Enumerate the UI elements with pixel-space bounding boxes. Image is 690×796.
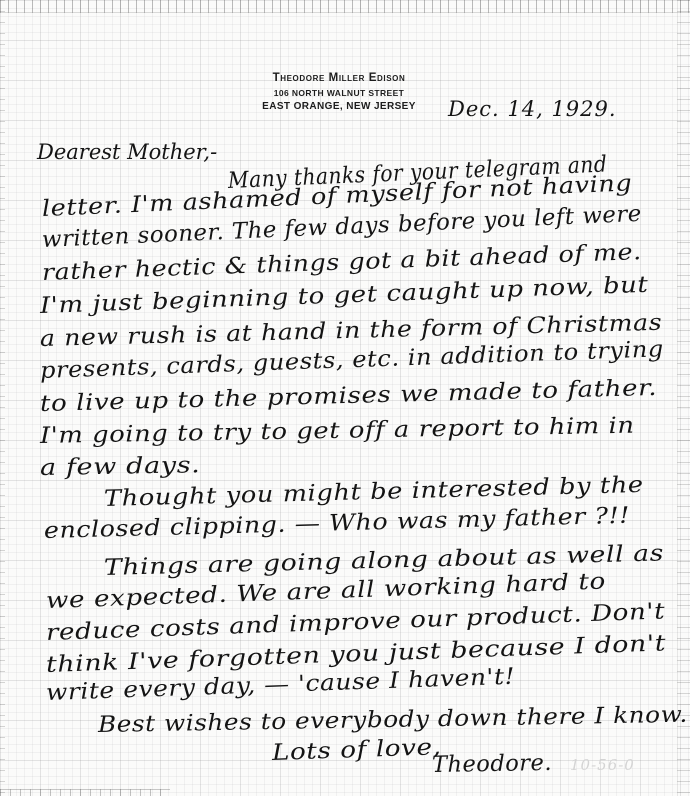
salutation: Dearest Mother,- [37,140,217,164]
letterhead-name: Theodore Miller Edison [244,72,434,84]
letterhead-city: EAST ORANGE, NEW JERSEY [244,101,434,112]
letter-line: to live up to the promises we made to fa… [40,375,658,417]
letterhead-street: 106 NORTH WALNUT STREET [244,88,434,98]
letter-line: Lots of love, [272,734,442,766]
letter-line: Best wishes to everybody down there I kn… [98,702,688,738]
letter-page: Theodore Miller Edison 106 NORTH WALNUT … [0,0,690,796]
grid-paper-top-edge [0,0,690,13]
grid-paper-bottom-edge [0,789,170,796]
letter-date: Dec. 14, 1929. [448,97,617,121]
signature: Theodore. [432,750,552,778]
archive-mark: 10-56-0 [570,756,635,774]
grid-paper-left-edge [0,0,5,796]
letter-line: I'm going to try to get off a report to … [40,413,635,449]
letter-line: a few days. [40,452,201,481]
grid-paper-right-edge [677,0,690,796]
letterhead: Theodore Miller Edison 106 NORTH WALNUT … [244,72,434,112]
